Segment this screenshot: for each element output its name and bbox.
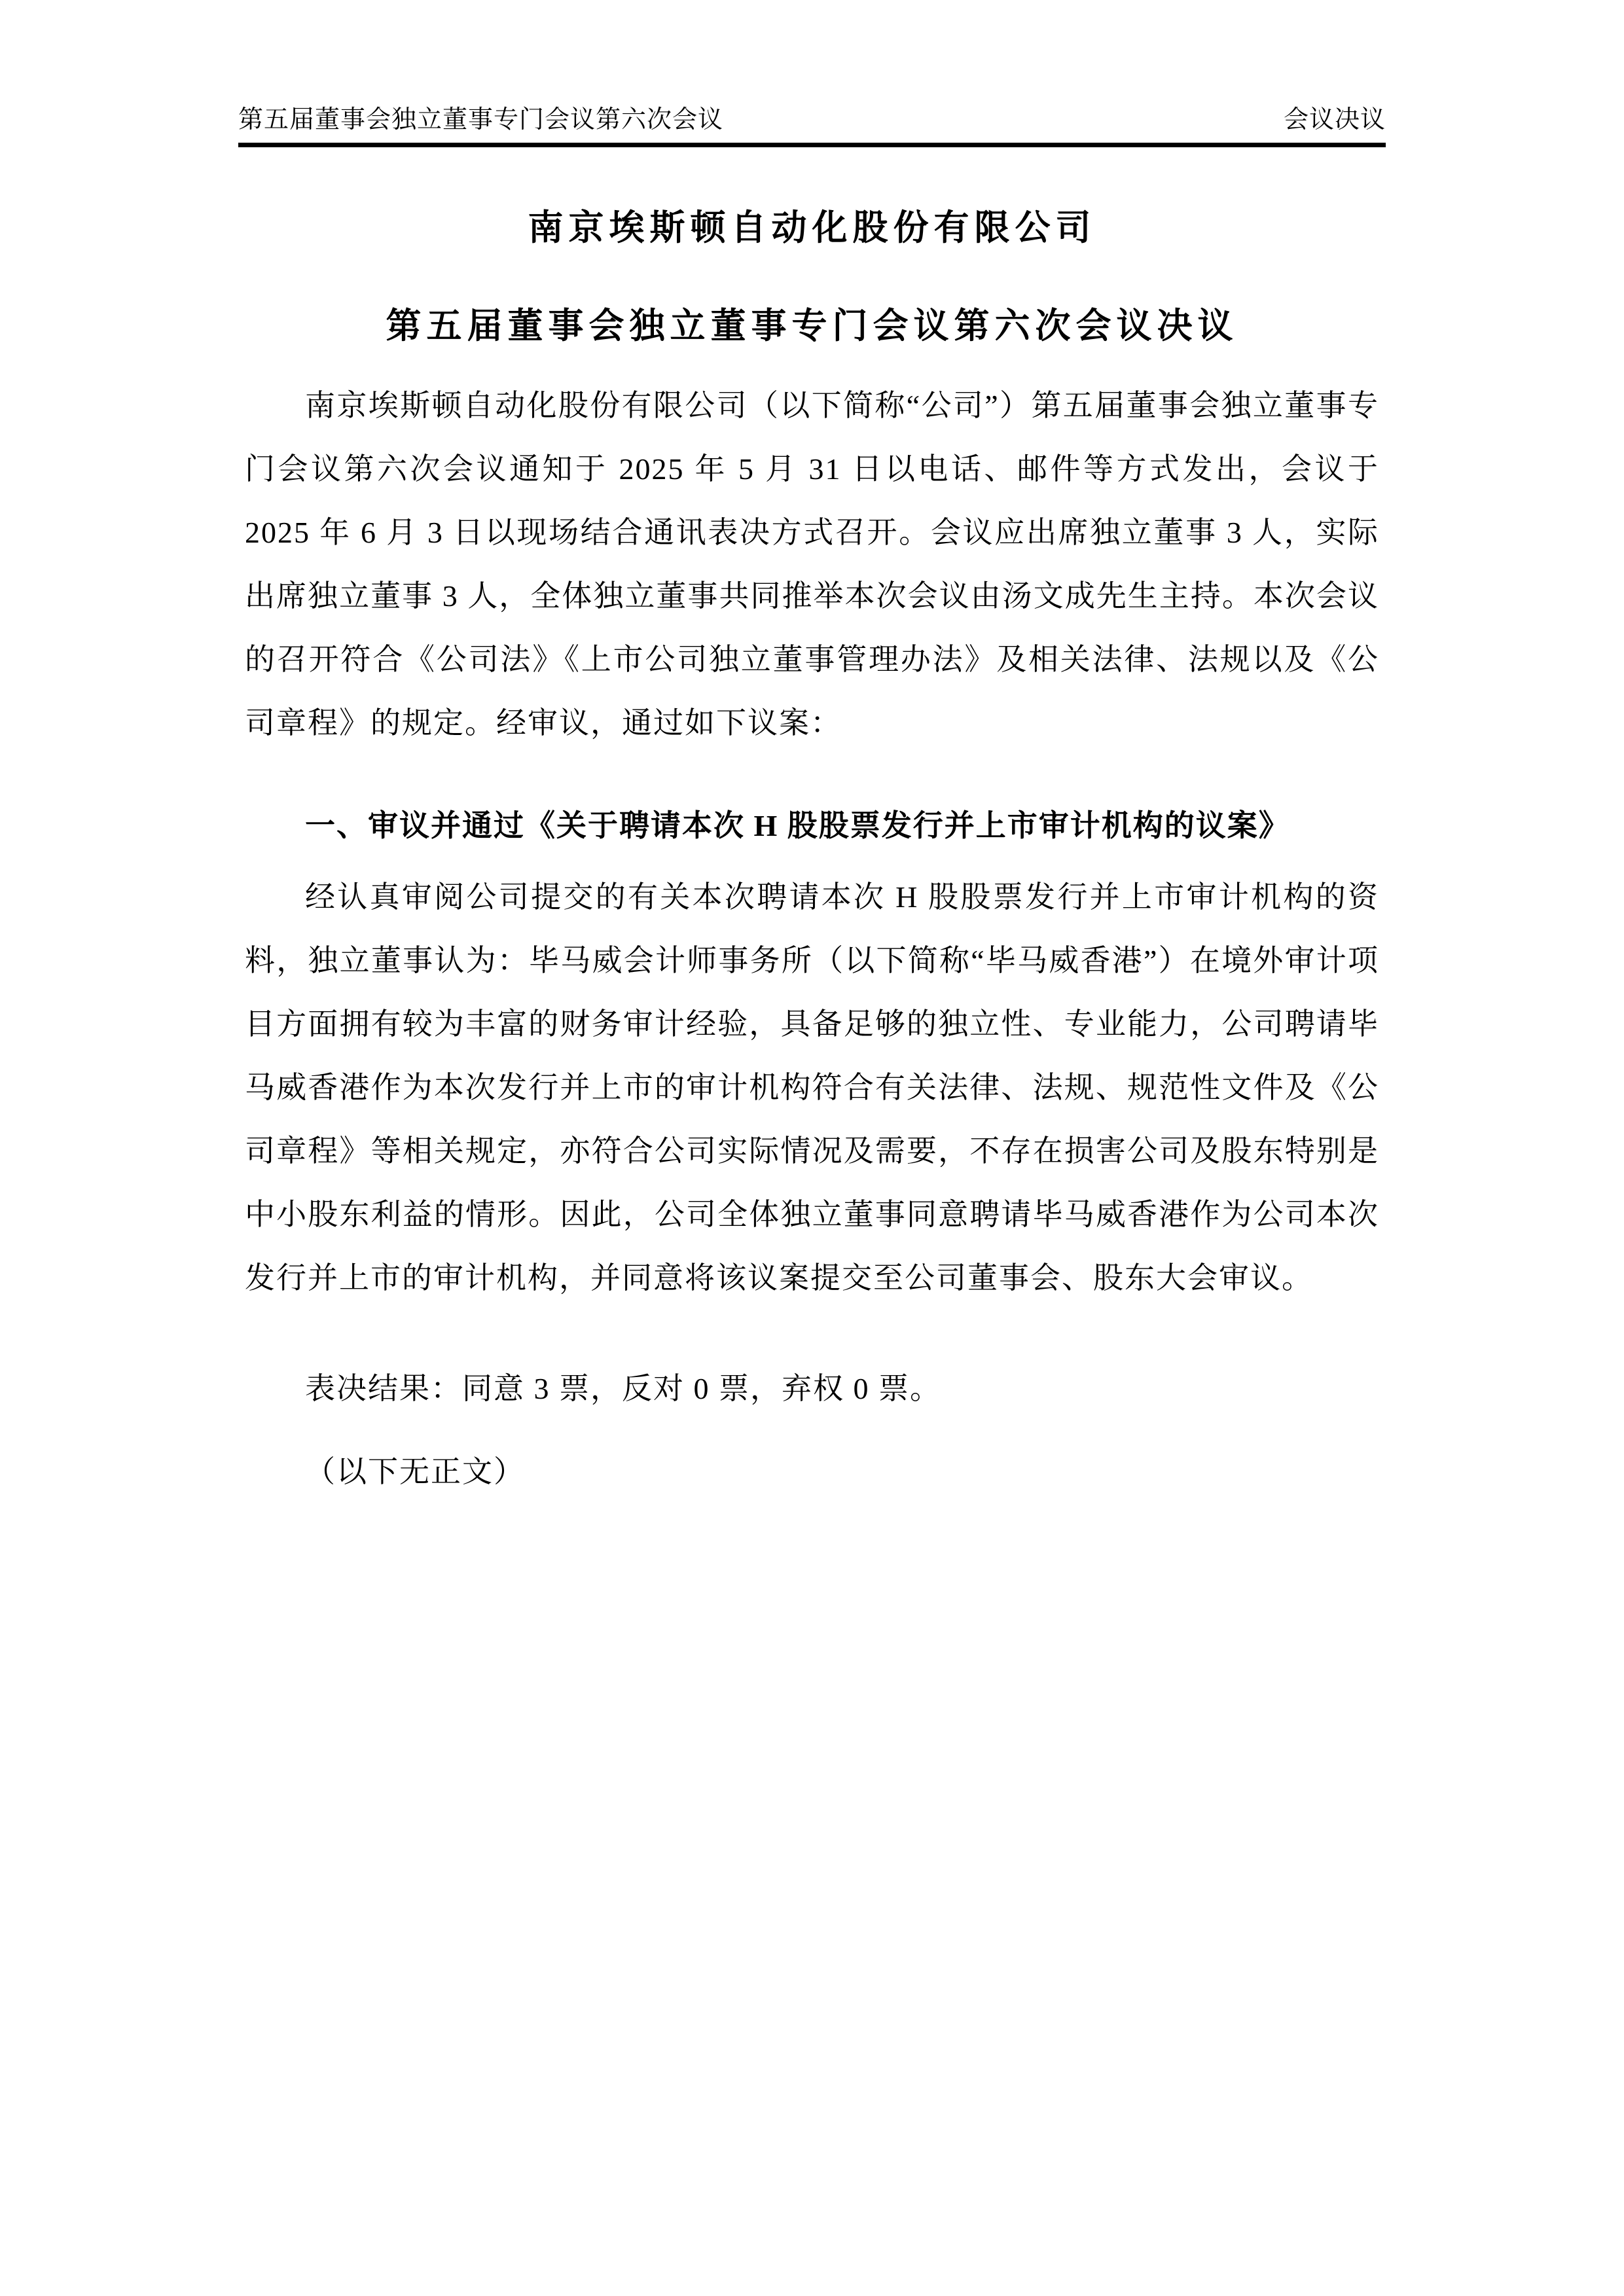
document-title: 第五届董事会独立董事专门会议第六次会议决议 [245, 306, 1379, 346]
closing-note: （以下无正文） [245, 1440, 1379, 1503]
section-1-heading: 一、审议并通过《关于聘请本次 H 股股票发行并上市审计机构的议案》 [245, 794, 1379, 857]
document-content: 第五届董事会独立董事专门会议第六次会议 会议决议 南京埃斯顿自动化股份有限公司 … [0, 0, 1624, 1503]
header-doc-type: 会议决议 [1284, 105, 1386, 135]
section-1-paragraph: 经认真审阅公司提交的有关本次聘请本次 H 股股票发行并上市审计机构的资料，独立董… [245, 865, 1379, 1310]
header-meeting-name: 第五届董事会独立董事专门会议第六次会议 [238, 105, 723, 135]
vote-result-line: 表决结果：同意 3 票，反对 0 票，弃权 0 票。 [245, 1357, 1379, 1420]
intro-paragraph: 南京埃斯顿自动化股份有限公司（以下简称“公司”）第五届董事会独立董事专门会议第六… [245, 374, 1379, 755]
company-title: 南京埃斯顿自动化股份有限公司 [245, 207, 1379, 248]
running-header: 第五届董事会独立董事专门会议第六次会议 会议决议 [238, 0, 1386, 147]
document-page: 第五届董事会独立董事专门会议第六次会议 会议决议 南京埃斯顿自动化股份有限公司 … [0, 0, 1624, 2296]
